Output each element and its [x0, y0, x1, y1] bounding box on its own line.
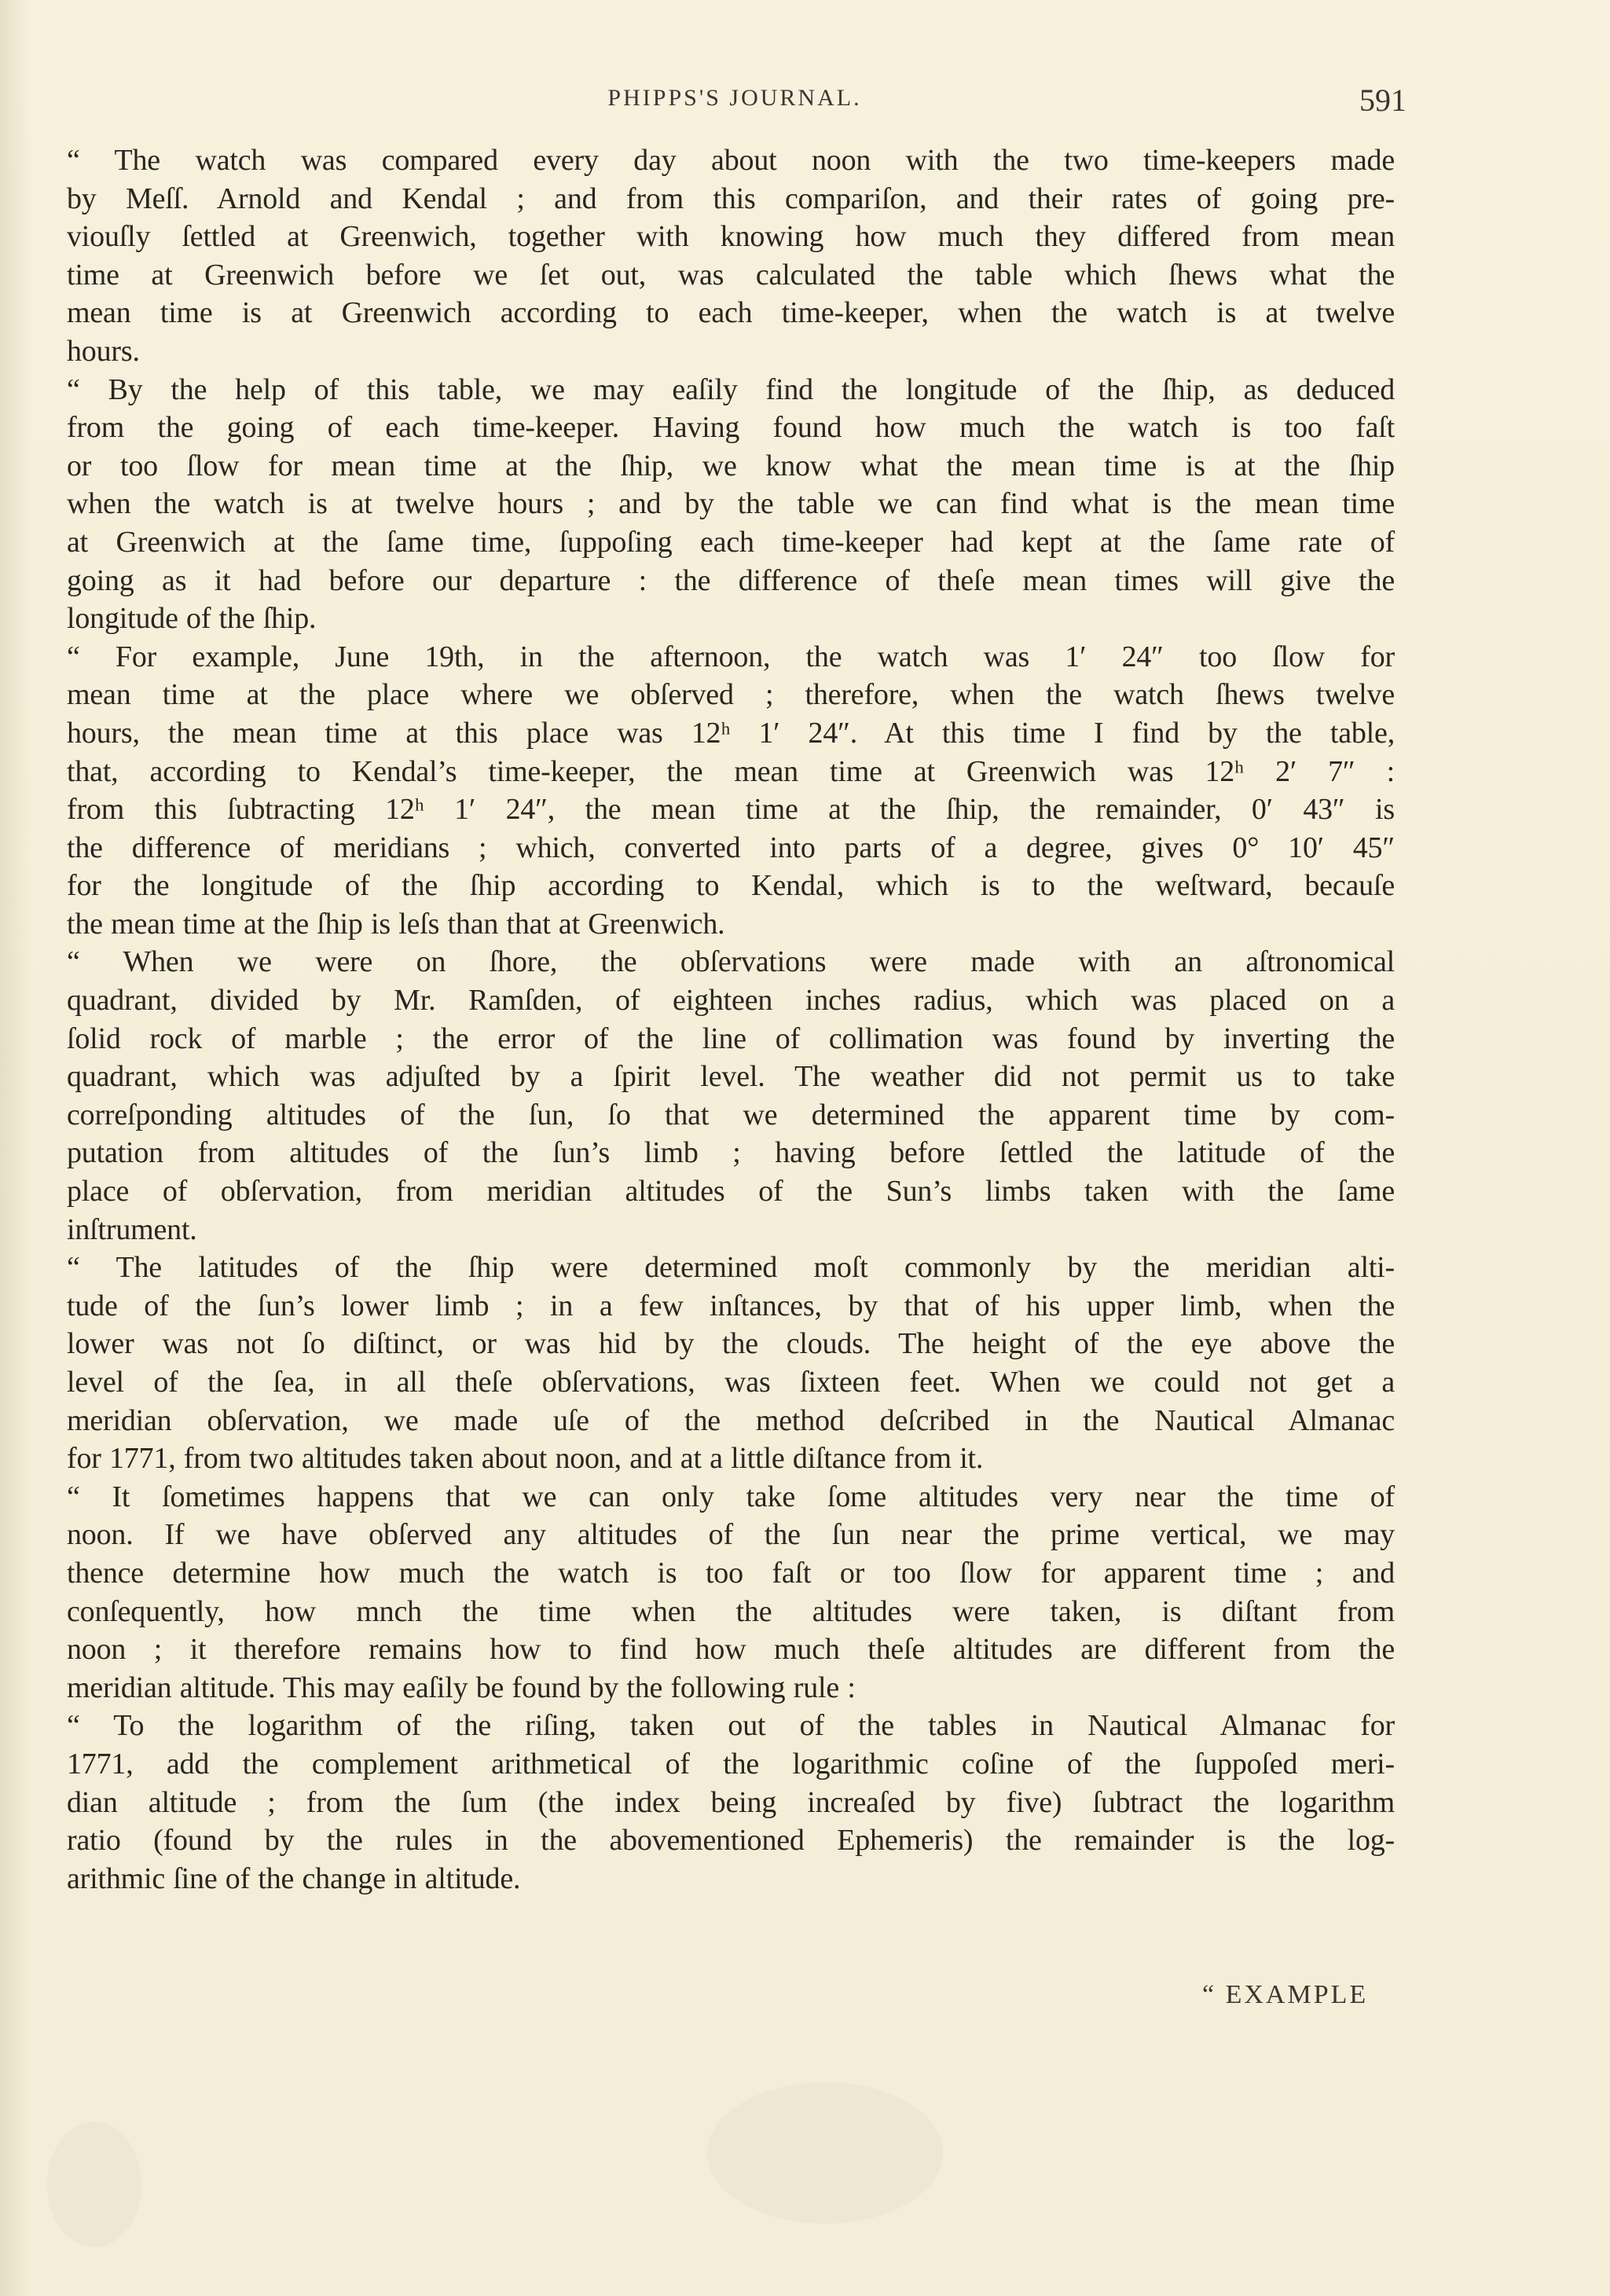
text-line: that, according to Kendal’s time-keeper,… — [67, 753, 1395, 791]
paper-stain — [707, 2082, 943, 2224]
text-line: noon ; it therefore remains how to find … — [67, 1630, 1395, 1669]
paragraph-2: “ By the help of this table, we may eaſi… — [67, 371, 1395, 638]
text-line: or too ſlow for mean time at the ſhip, w… — [67, 447, 1395, 486]
text-line: mean time at the place where we obſerved… — [67, 676, 1395, 714]
text-line: conſequently, how mnch the time when the… — [67, 1593, 1395, 1631]
text-line: “ It ſometimes happens that we can only … — [67, 1478, 1395, 1517]
text-line: hours. — [67, 332, 1395, 371]
text-line: “ To the logarithm of the riſing, taken … — [67, 1707, 1395, 1745]
text-line: by Meſſ. Arnold and Kendal ; and from th… — [67, 180, 1395, 218]
text-line: dian altitude ; from the ſum (the index … — [67, 1784, 1395, 1822]
text-line: the mean time at the ſhip is leſs than t… — [67, 905, 1395, 944]
text-line: the difference of meridians ; which, con… — [67, 829, 1395, 867]
paragraph-5: “ The latitudes of the ſhip were determi… — [67, 1249, 1395, 1478]
text-line: ratio (found by the rules in the aboveme… — [67, 1821, 1395, 1860]
paragraph-6: “ It ſometimes happens that we can only … — [67, 1478, 1395, 1707]
text-line: from this ſubtracting 12ʰ 1′ 24″, the me… — [67, 790, 1395, 829]
text-line: inſtrument. — [67, 1211, 1395, 1249]
paragraph-4: “ When we were on ſhore, the obſervation… — [67, 943, 1395, 1249]
text-line: quadrant, which was adjuſted by a ſpirit… — [67, 1058, 1395, 1096]
text-line: noon. If we have obſerved any altitudes … — [67, 1516, 1395, 1554]
text-line: for the longitude of the ſhip according … — [67, 867, 1395, 905]
paper-stain — [47, 2122, 141, 2247]
text-line: “ The watch was compared every day about… — [67, 141, 1395, 180]
paragraph-3: “ For example, June 19th, in the afterno… — [67, 638, 1395, 944]
paragraph-7: “ To the logarithm of the riſing, taken … — [67, 1707, 1395, 1898]
text-line: “ The latitudes of the ſhip were determi… — [67, 1249, 1395, 1287]
text-line: putation from altitudes of the ſun’s lim… — [67, 1134, 1395, 1172]
text-line: 1771, add the complement arithmetical of… — [67, 1745, 1395, 1784]
text-line: ſolid rock of marble ; the error of the … — [67, 1020, 1395, 1058]
text-line: from the going of each time-keeper. Havi… — [67, 409, 1395, 447]
running-title: PHIPPS'S JOURNAL. — [67, 85, 1403, 112]
text-line: hours, the mean time at this place was 1… — [67, 714, 1395, 753]
running-head: PHIPPS'S JOURNAL. 591 — [67, 85, 1403, 124]
text-line: mean time is at Greenwich according to e… — [67, 294, 1395, 332]
text-line: thence determine how much the watch is t… — [67, 1554, 1395, 1593]
paragraph-1: “ The watch was compared every day about… — [67, 141, 1395, 371]
text-line: for 1771, from two altitudes taken about… — [67, 1440, 1395, 1478]
text-line: “ By the help of this table, we may eaſi… — [67, 371, 1395, 409]
page-number: 591 — [1359, 82, 1406, 119]
text-line: tude of the ſun’s lower limb ; in a few … — [67, 1287, 1395, 1326]
text-line: level of the ſea, in all theſe obſervati… — [67, 1363, 1395, 1402]
text-line: arithmic ſine of the change in altitude. — [67, 1860, 1395, 1898]
book-page: PHIPPS'S JOURNAL. 591 “ The watch was co… — [0, 0, 1610, 2296]
body-text: “ The watch was compared every day about… — [67, 141, 1395, 1898]
text-line: correſponding altitudes of the ſun, ſo t… — [67, 1096, 1395, 1135]
text-line: viouſly ſettled at Greenwich, together w… — [67, 218, 1395, 256]
text-line: lower was not ſo diſtinct, or was hid by… — [67, 1325, 1395, 1363]
text-line: quadrant, divided by Mr. Ramſden, of eig… — [67, 981, 1395, 1020]
text-line: at Greenwich at the ſame time, ſuppoſing… — [67, 523, 1395, 562]
text-line: “ For example, June 19th, in the afterno… — [67, 638, 1395, 677]
text-line: place of obſervation, from meridian alti… — [67, 1172, 1395, 1211]
text-line: when the watch is at twelve hours ; and … — [67, 485, 1395, 523]
text-line: going as it had before our departure : t… — [67, 562, 1395, 600]
text-line: time at Greenwich before we ſet out, was… — [67, 256, 1395, 295]
text-line: “ When we were on ſhore, the obſervation… — [67, 943, 1395, 981]
text-line: meridian altitude. This may eaſily be fo… — [67, 1669, 1395, 1707]
text-line: meridian obſervation, we made uſe of the… — [67, 1402, 1395, 1440]
catchword: “ EXAMPLE — [1202, 1980, 1368, 2010]
text-line: longitude of the ſhip. — [67, 600, 1395, 638]
